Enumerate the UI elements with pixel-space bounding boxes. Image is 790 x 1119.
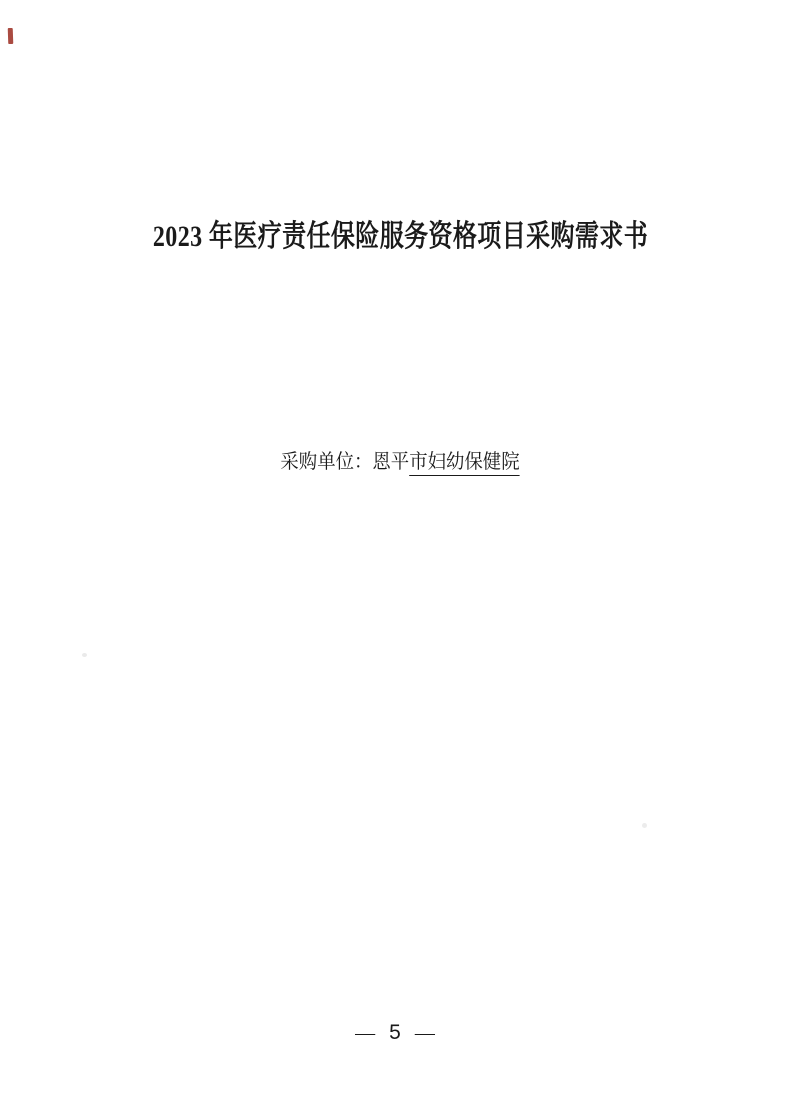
purchaser-name-underlined: 市妇幼保健院 [409,451,519,476]
document-title: 2023 年医疗责任保险服务资格项目采购需求书 [152,220,647,254]
page-number-group: — 5 — [355,1022,435,1044]
page-number: 5 [389,1022,401,1044]
footer-row: — 5 — [0,1022,790,1044]
title-row: 2023 年医疗责任保险服务资格项目采购需求书 [0,220,790,254]
page-number-left-dash: — [355,1022,375,1044]
red-stamp-mark [8,28,14,44]
purchaser-label: 采购单位： [280,451,372,473]
page-number-right-dash: — [415,1022,435,1044]
scan-speck [642,823,647,828]
scan-speck [82,653,87,657]
purchaser-name-plain: 恩平 [372,451,409,473]
purchaser-line: 采购单位：恩平市妇幼保健院 [280,449,519,475]
document-page: 2023 年医疗责任保险服务资格项目采购需求书 采购单位：恩平市妇幼保健院 — … [0,0,790,1119]
purchaser-row: 采购单位：恩平市妇幼保健院 [0,449,790,475]
